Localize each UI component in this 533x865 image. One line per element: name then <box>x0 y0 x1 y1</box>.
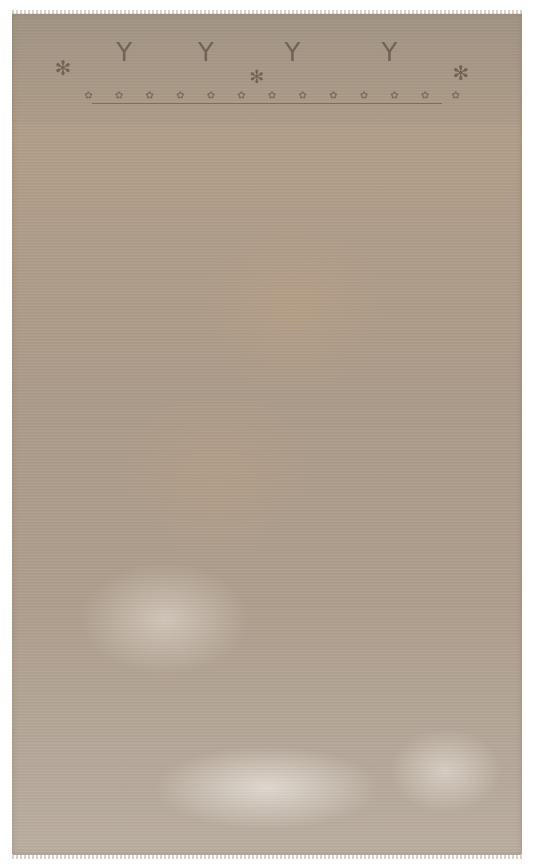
rosette-icon: ✿ <box>176 91 184 102</box>
rosette-icon: ✿ <box>451 91 459 102</box>
rosette-icon: ✿ <box>421 91 429 102</box>
flower-motif-icon: ✻ <box>55 58 72 78</box>
rosette-icon: ✿ <box>237 91 245 102</box>
leaf-motif-icon: Y <box>381 40 397 66</box>
leaf-motif-icon: Y <box>116 40 132 66</box>
field-border-line <box>92 103 442 104</box>
flower-motif-icon: ✻ <box>452 63 469 83</box>
rug-photo: Y Y Y Y ✻ ✻ ✻ ✿ ✿ ✿ ✿ ✿ ✿ ✿ ✿ ✿ ✿ ✿ ✿ ✿ <box>12 13 522 855</box>
rosette-icon: ✿ <box>390 91 398 102</box>
rosette-icon: ✿ <box>298 91 306 102</box>
rug-border-band <box>12 13 522 123</box>
rug-fringe-bottom <box>12 855 522 859</box>
rosette-icon: ✿ <box>207 91 215 102</box>
leaf-motif-icon: Y <box>285 40 301 66</box>
rosette-icon: ✿ <box>84 91 92 102</box>
rosette-icon: ✿ <box>329 91 337 102</box>
leaf-motif-icon: Y <box>198 40 214 66</box>
rosette-icon: ✿ <box>268 91 276 102</box>
rosette-icon: ✿ <box>360 91 368 102</box>
rosette-icon: ✿ <box>115 91 123 102</box>
flower-motif-icon: ✻ <box>249 69 264 87</box>
rosette-icon: ✿ <box>145 91 153 102</box>
